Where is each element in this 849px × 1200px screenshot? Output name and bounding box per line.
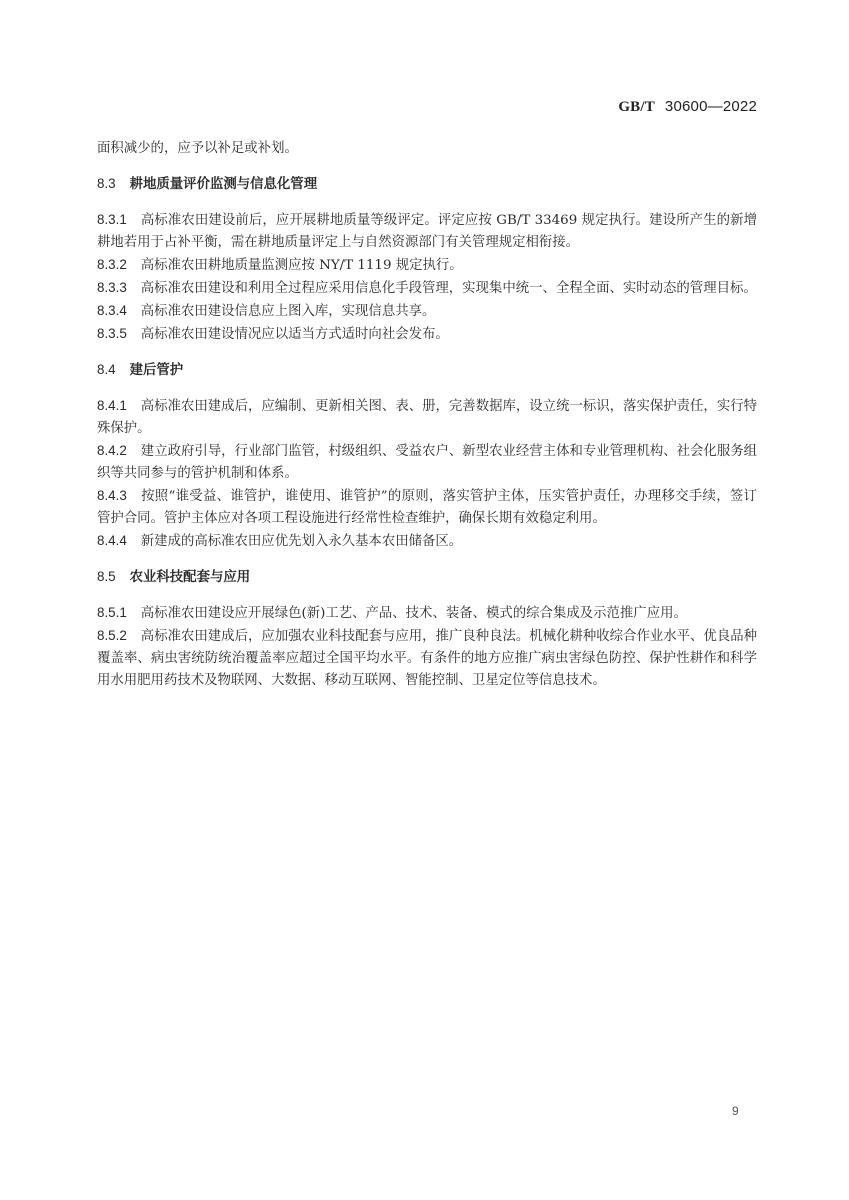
page-number: 9 (732, 1104, 739, 1118)
clause-number: 8.3.1 (97, 209, 127, 231)
clause-8-3-2: 8.3.2高标准农田耕地质量监测应按 NY/T 1119 规定执行。 (97, 254, 757, 277)
section-number: 8.5 (97, 569, 116, 584)
clause-text: 高标准农田建设情况应以适当方式适时向社会发布。 (141, 327, 449, 342)
clause-text: 高标准农田建成后，应加强农业科技配套与应用，推广良种良法。机械化耕种收综合作业水… (97, 629, 757, 688)
clause-8-4-3: 8.4.3按照“谁受益、谁管护，谁使用、谁管护”的原则，落实管护主体，压实管护责… (97, 485, 757, 530)
clause-text: 高标准农田建成后，应编制、更新相关图、表、册，完善数据库，设立统一标识，落实保护… (97, 399, 757, 436)
clause-text: 新建成的高标准农田应优先划入永久基本农田储备区。 (141, 534, 462, 549)
clause-number: 8.4.1 (97, 395, 127, 417)
clause-text: 高标准农田建设和利用全过程应采用信息化手段管理，实现集中统一、全程全面、实时动态… (141, 281, 757, 296)
clause-text: 高标准农田建设前后，应开展耕地质量等级评定。评定应按 GB/T 33469 规定… (97, 213, 757, 250)
clause-number: 8.5.2 (97, 625, 127, 647)
section-heading-8-5: 8.5农业科技配套与应用 (97, 566, 757, 589)
section-number: 8.4 (97, 362, 116, 377)
standard-code: GB/T (618, 99, 655, 115)
continuation-text: 面积减少的，应予以补足或补划。 (97, 138, 757, 160)
clause-number: 8.4.4 (97, 530, 127, 552)
clause-number: 8.4.2 (97, 440, 127, 462)
clause-number: 8.4.3 (97, 485, 127, 507)
clause-text: 高标准农田耕地质量监测应按 NY/T 1119 规定执行。 (141, 258, 463, 273)
section-title: 农业科技配套与应用 (130, 570, 251, 585)
clause-8-3-1: 8.3.1高标准农田建设前后，应开展耕地质量等级评定。评定应按 GB/T 334… (97, 209, 757, 254)
clause-8-3-3: 8.3.3高标准农田建设和利用全过程应采用信息化手段管理，实现集中统一、全程全面… (97, 277, 757, 300)
clause-8-5-1: 8.5.1高标准农田建设应开展绿色(新)工艺、产品、技术、装备、模式的综合集成及… (97, 602, 757, 625)
clause-8-4-2: 8.4.2建立政府引导，行业部门监管，村级组织、受益农户、新型农业经营主体和专业… (97, 440, 757, 485)
clause-8-3-4: 8.3.4高标准农田建设信息应上图入库，实现信息共享。 (97, 300, 757, 323)
clause-number: 8.3.5 (97, 323, 127, 345)
section-number: 8.3 (97, 176, 116, 191)
document-body: 面积减少的，应予以补足或补划。 8.3耕地质量评价监测与信息化管理 8.3.1高… (97, 138, 757, 692)
clause-text: 高标准农田建设应开展绿色(新)工艺、产品、技术、装备、模式的综合集成及示范推广应… (141, 606, 687, 621)
standard-number: 30600—2022 (665, 98, 757, 115)
clause-number: 8.3.4 (97, 300, 127, 322)
clause-8-5-2: 8.5.2高标准农田建成后，应加强农业科技配套与应用，推广良种良法。机械化耕种收… (97, 625, 757, 692)
clause-8-4-1: 8.4.1高标准农田建成后，应编制、更新相关图、表、册，完善数据库，设立统一标识… (97, 395, 757, 440)
clause-text: 高标准农田建设信息应上图入库，实现信息共享。 (141, 304, 436, 319)
clause-number: 8.3.2 (97, 254, 127, 276)
document-header: GB/T 30600—2022 (618, 97, 757, 116)
clause-text: 按照“谁受益、谁管护，谁使用、谁管护”的原则，落实管护主体，压实管护责任，办理移… (97, 489, 757, 526)
section-heading-8-4: 8.4建后管护 (97, 359, 757, 382)
clause-text: 建立政府引导，行业部门监管，村级组织、受益农户、新型农业经营主体和专业管理机构、… (97, 444, 757, 481)
clause-8-4-4: 8.4.4新建成的高标准农田应优先划入永久基本农田储备区。 (97, 530, 757, 553)
section-title: 耕地质量评价监测与信息化管理 (130, 177, 317, 192)
clause-number: 8.5.1 (97, 602, 127, 624)
clause-8-3-5: 8.3.5高标准农田建设情况应以适当方式适时向社会发布。 (97, 323, 757, 346)
clause-number: 8.3.3 (97, 277, 127, 299)
section-heading-8-3: 8.3耕地质量评价监测与信息化管理 (97, 173, 757, 196)
section-title: 建后管护 (130, 363, 184, 378)
